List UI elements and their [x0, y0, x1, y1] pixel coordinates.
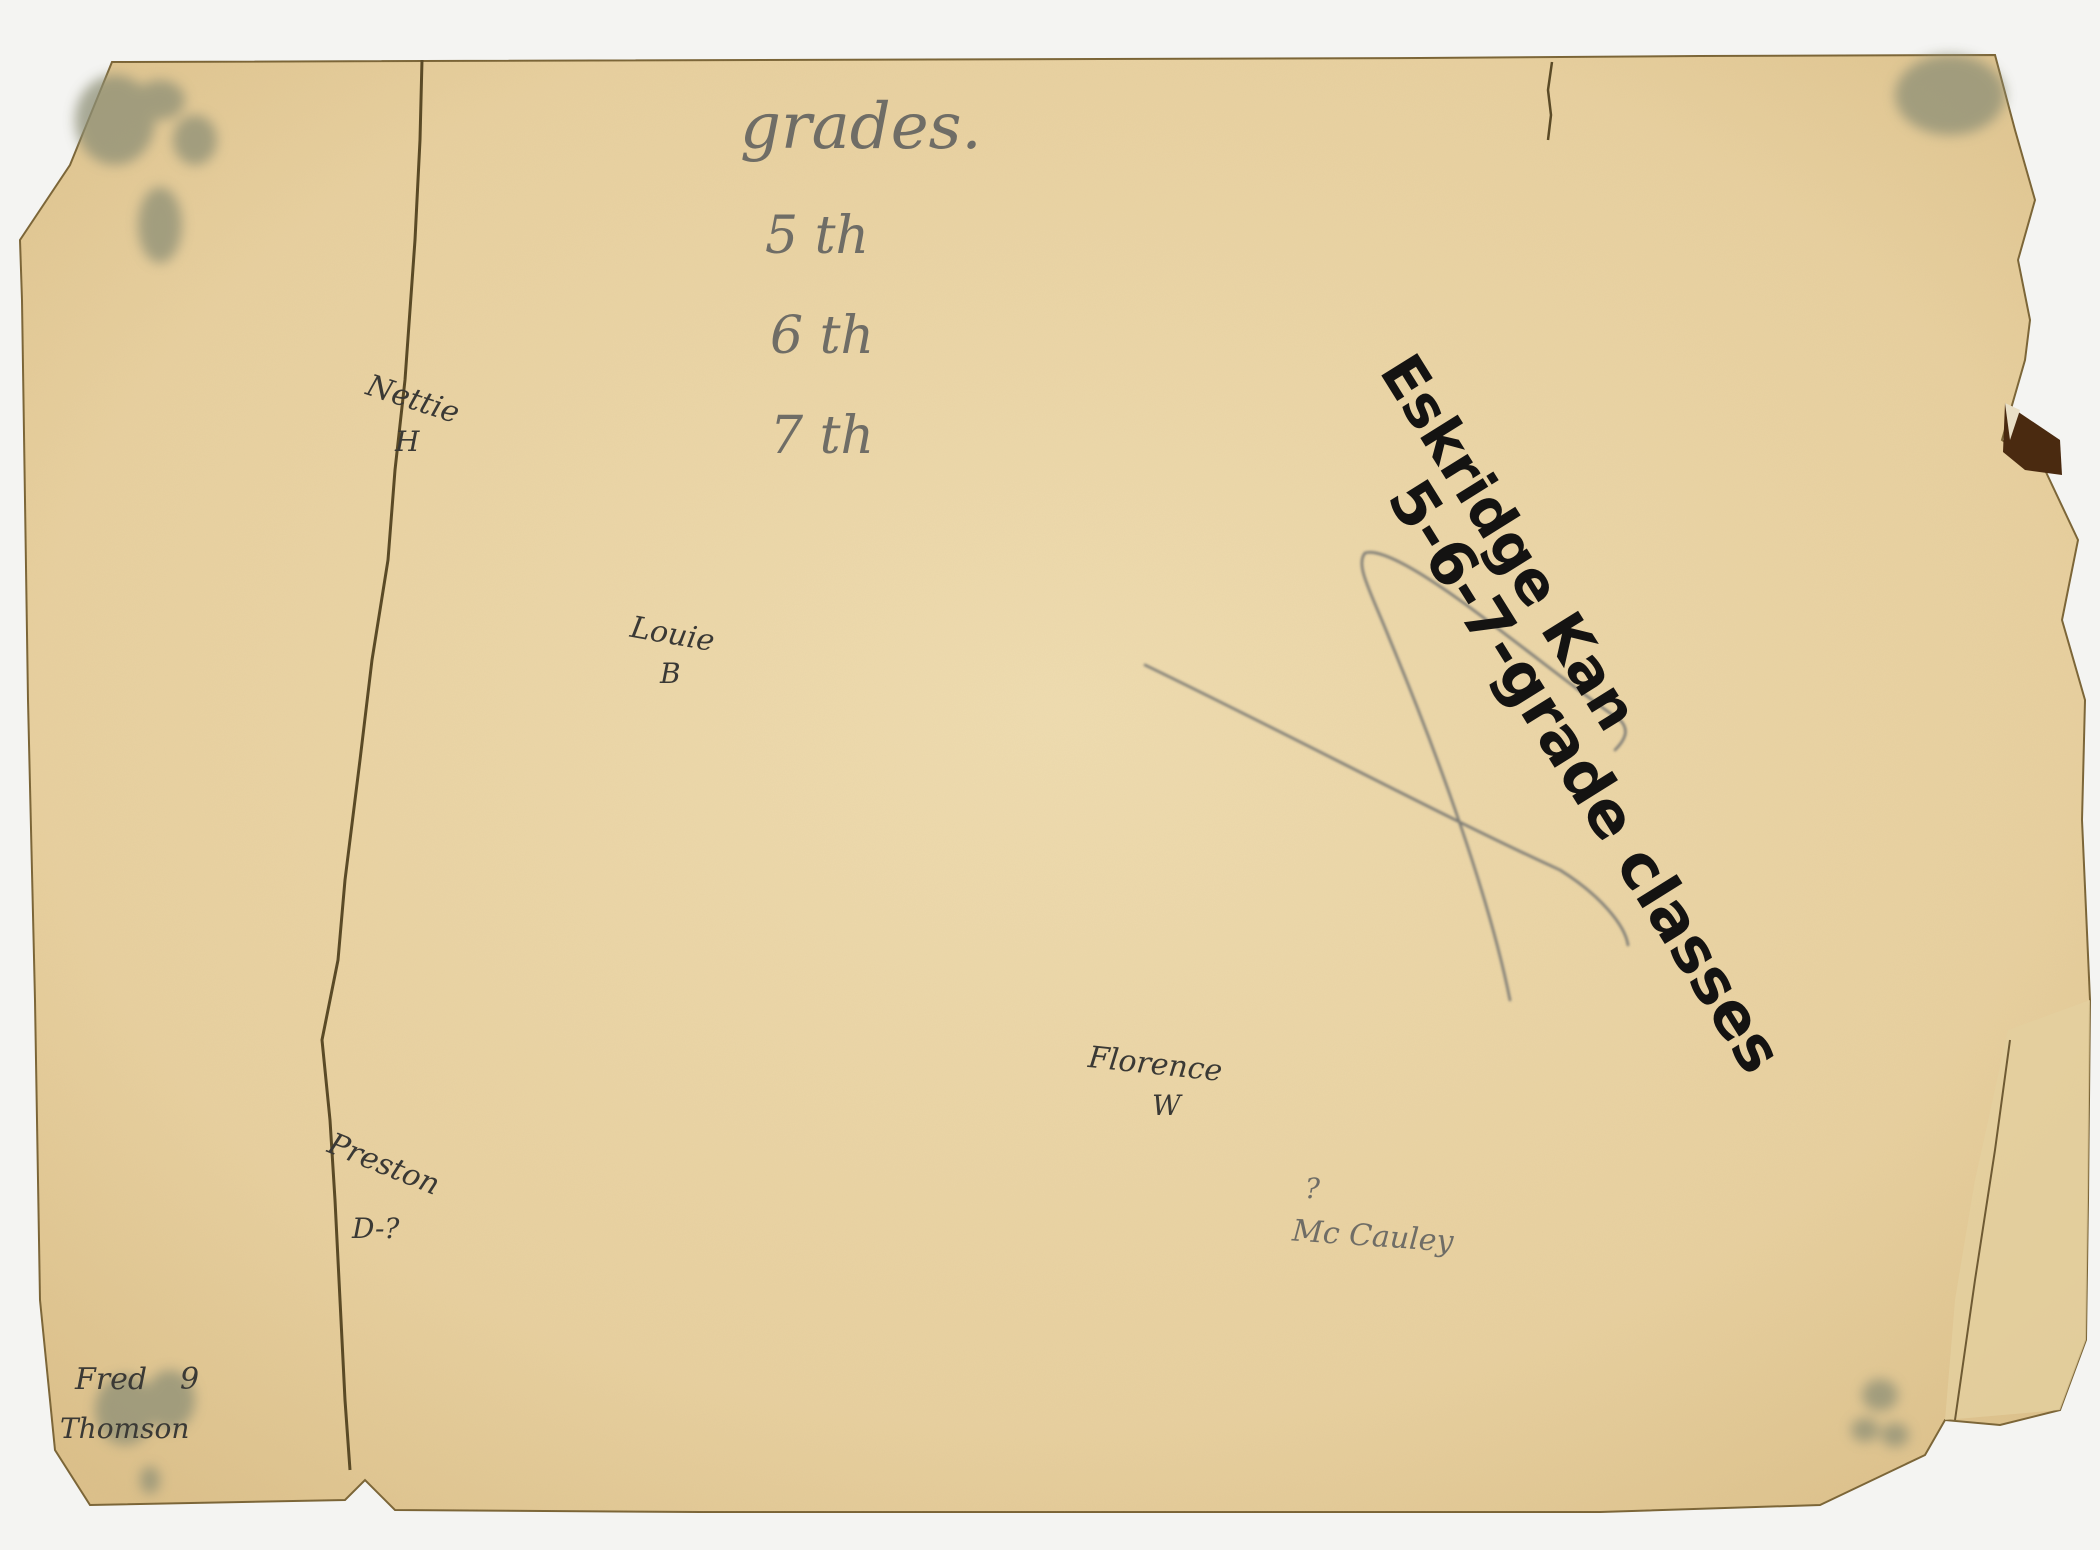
- mccauley-question: ?: [1305, 1175, 1320, 1203]
- surname-thomson: Thomson: [60, 1415, 189, 1443]
- grade-7th: 7 th: [770, 410, 874, 462]
- name-fred: Fred: [75, 1365, 147, 1395]
- fred-suffix: 9: [180, 1365, 199, 1395]
- initial-nettie: H: [395, 428, 419, 456]
- initial-florence: W: [1152, 1092, 1181, 1120]
- grades-title: grades.: [740, 95, 982, 159]
- initial-preston: D-?: [352, 1215, 399, 1243]
- paper-card: [0, 0, 2100, 1550]
- grade-6th: 6 th: [770, 310, 874, 362]
- initial-louie: B: [660, 660, 681, 688]
- scan-canvas: grades. 5 th 6 th 7 th Eskridge Kan 5-6-…: [0, 0, 2100, 1550]
- grade-5th: 5 th: [765, 210, 869, 262]
